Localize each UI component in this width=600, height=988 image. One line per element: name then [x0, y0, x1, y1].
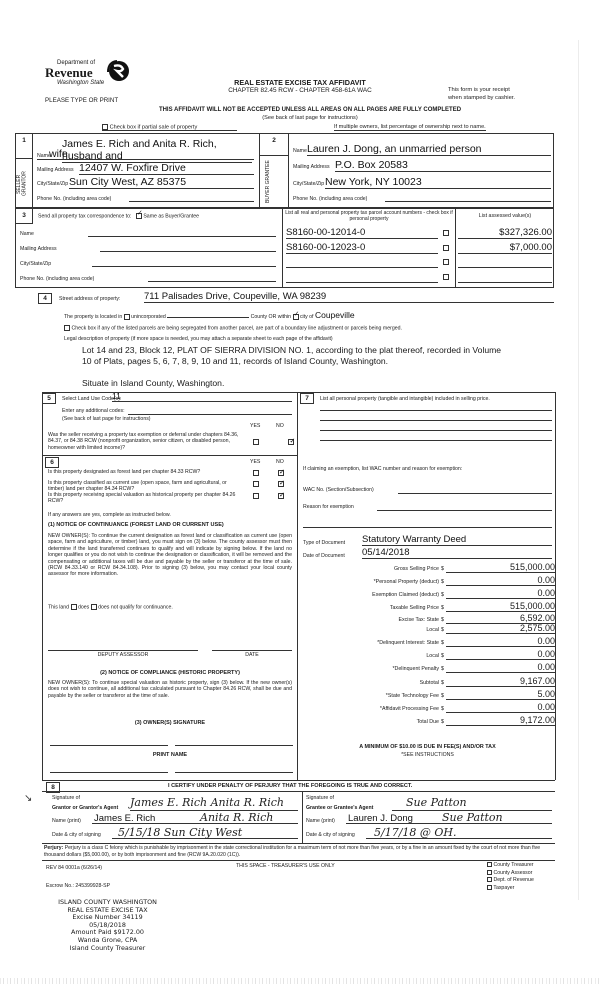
grantee-date-value[interactable]: 5/17/18 @ OH. [366, 826, 552, 839]
logo-state: Washington State [57, 80, 104, 86]
buyer-phone-label: Phone No. (including area code) [293, 196, 367, 202]
send-correspondence-row: Send all property tax correspondence to:… [38, 213, 199, 220]
grantee-sig-label2: Grantee or Grantee's Agent [306, 805, 373, 811]
fee-value[interactable]: 9,167.00 [446, 676, 555, 687]
assessed-value[interactable]: $327,326.00 [458, 227, 552, 239]
logo-revenue: Revenue [45, 66, 93, 79]
personal-property-checkbox[interactable] [443, 274, 449, 280]
fee-row: *State Technology Fee$5.00 [330, 690, 555, 701]
copy-label: County Assessor [493, 870, 532, 876]
parcel-row: S8160-00-12023-0$7,000.00 [286, 242, 552, 255]
assessed-value[interactable] [458, 256, 552, 268]
parcel-row: S8160-00-12014-0$327,326.00 [286, 227, 552, 240]
question-text: Is this property classified as current u… [48, 480, 244, 493]
wac-input[interactable] [398, 493, 552, 494]
column-divider [297, 392, 298, 780]
fee-row: Exemption Claimed (deduct)$0.00 [330, 589, 555, 600]
certify-statement: I CERTIFY UNDER PENALTY OF PERJURY THAT … [168, 783, 412, 789]
question-no-checkbox[interactable] [278, 493, 284, 499]
section-1-number: 1 [15, 137, 33, 144]
partial-sale-label: Check box if partial sale of property [110, 124, 198, 130]
copy-option[interactable]: Dept. of Revenue [487, 877, 577, 885]
question-yes-checkbox[interactable] [253, 470, 259, 476]
corr-city-input[interactable] [92, 266, 276, 267]
dollar-sign: $ [441, 627, 444, 633]
grantee-name-field[interactable]: Lauren J. Dong Sue Patton [346, 813, 552, 824]
fee-value[interactable]: 2,575.00 [446, 623, 555, 634]
personal-property-label: List all personal property (tangible and… [320, 396, 490, 402]
corr-name-label: Name [20, 231, 34, 237]
dollar-sign: $ [441, 605, 444, 611]
additional-codes-input[interactable] [128, 414, 292, 415]
fee-label: *State Technology Fee [386, 693, 439, 699]
fee-value[interactable]: 515,000.00 [446, 601, 555, 612]
fee-label: Local [426, 627, 439, 633]
s5-no-header: NO [276, 423, 284, 429]
section-6-number: 6 [45, 457, 59, 468]
parcel-row [286, 256, 552, 269]
question-text: Is this property receiving special valua… [48, 492, 244, 505]
does-not-qualify-checkbox[interactable] [91, 604, 97, 610]
seller-mailing-field[interactable]: Mailing Address 12407 W. Foxfire Drive [37, 164, 254, 174]
personal-property-line-4[interactable] [320, 440, 552, 441]
dollar-sign: $ [441, 640, 444, 646]
partial-sale-checkbox[interactable] [102, 124, 108, 130]
segregated-label: Check box if any of the listed parcels a… [71, 325, 401, 331]
unincorporated-label: unincorporated [131, 314, 166, 320]
dollar-sign: $ [441, 719, 444, 725]
fee-row: Total Due$9,172.00 [330, 716, 555, 727]
dor-logo: Department of Revenue Washington State [45, 60, 140, 100]
grantor-date-value[interactable]: 5/15/18 Sun City West [112, 826, 298, 839]
grantor-signature[interactable]: James E. Rich Anita R. Rich [130, 796, 298, 811]
section-7-number: 7 [300, 393, 314, 404]
fee-value[interactable]: 0.00 [446, 649, 555, 660]
buyer-mailing-label: Mailing Address [293, 164, 330, 170]
buyer-name-value: Lauren J. Dong, an unmarried person [307, 143, 551, 156]
copy-option[interactable]: County Treasurer [487, 862, 577, 870]
grantee-name-handwritten: Sue Patton [442, 811, 503, 824]
corr-phone-label: Phone No. (including area code) [20, 276, 94, 282]
dollar-sign: $ [441, 680, 444, 686]
perjury-label: Perjury: [44, 845, 63, 851]
personal-property-line-1[interactable] [320, 410, 552, 411]
buyer-mailing-field[interactable]: Mailing Address P.O. Box 20583 [293, 161, 551, 171]
section-5-number: 5 [42, 393, 56, 404]
land-use-value[interactable]: 11 [112, 391, 292, 402]
does-qualify-checkbox[interactable] [71, 604, 77, 610]
copy-option[interactable]: Taxpayer [487, 885, 577, 893]
footer-rule [42, 860, 555, 861]
seller-city-label: City/State/Zip [37, 181, 68, 187]
minimum-fee-note: A MINIMUM OF $10.00 IS DUE IN FEE(S) AND… [300, 744, 555, 750]
if-yes-note: If any answers are yes, complete as inst… [48, 512, 171, 518]
owner-sig-line-2[interactable] [175, 745, 293, 746]
fee-value[interactable]: 9,172.00 [446, 715, 555, 726]
section-2-number: 2 [259, 137, 289, 144]
escrow-value: 245399928-SP [75, 883, 110, 889]
corr-phone-input[interactable] [148, 281, 276, 282]
send-correspondence-label: Send all property tax correspondence to: [38, 213, 131, 219]
doc-date-label: Date of Document [303, 553, 345, 559]
copy-option[interactable]: County Assessor [487, 870, 577, 878]
fee-value[interactable]: 0.00 [446, 588, 555, 599]
copy-label: Taxpayer [493, 885, 514, 891]
s5-yes-header: YES [250, 423, 260, 429]
question-yes-checkbox[interactable] [253, 481, 259, 487]
section-6-top-rule [42, 455, 297, 456]
print-name-label: PRINT NAME [48, 752, 292, 758]
section-8-divider [302, 791, 303, 843]
unincorporated-checkbox[interactable] [124, 314, 130, 320]
reason-label: Reason for exemption [303, 504, 354, 510]
grantor-name-field[interactable]: James E. Rich Anita R. Rich [92, 813, 298, 824]
fee-row: Local$0.00 [330, 650, 555, 661]
right-border [555, 392, 556, 780]
escrow-row: Escrow No.: 245399928-SP [46, 883, 110, 889]
fee-label: *Delinquent Penalty [392, 666, 439, 672]
partial-sale-checkbox-row[interactable]: Check box if partial sale of property [102, 124, 237, 131]
section-2-num-divider [259, 155, 289, 156]
qualify-prefix: This land [48, 604, 69, 610]
dollar-sign: $ [441, 566, 444, 572]
corr-name-input[interactable] [88, 236, 276, 237]
grantor-sig-label2: Grantor or Grantor's Agent [52, 805, 118, 811]
copy-distribution-list: County Treasurer County Assessor Dept. o… [487, 862, 577, 892]
scan-artifact [578, 40, 581, 900]
located-label: The property is located in [64, 314, 122, 320]
copy-checkbox[interactable] [487, 870, 492, 875]
grantee-name-label: Name (print) [306, 818, 335, 824]
section-1-num-divider [15, 158, 33, 159]
city-value: Coupeville [315, 310, 355, 320]
seller-mailing-label: Mailing Address [37, 167, 74, 173]
dollar-sign: $ [441, 579, 444, 585]
fee-row: Taxable Selling Price$515,000.00 [330, 602, 555, 613]
fee-label: *Personal Property (deduct) [374, 579, 439, 585]
wac-label: WAC No. (Section/Subsection) [303, 487, 374, 493]
dollar-sign: $ [441, 653, 444, 659]
scan-artifact [0, 978, 600, 984]
assessor-date-line[interactable] [212, 650, 292, 651]
fee-row: *Delinquent Penalty$0.00 [330, 663, 555, 674]
same-as-buyer-label: Same as Buyer/Grantee [143, 213, 199, 219]
seller-phone-label: Phone No. (including area code) [37, 196, 111, 202]
owner-sig-title: (3) OWNER(S) SIGNATURE [48, 720, 292, 726]
print-name-line-2[interactable] [175, 772, 293, 773]
fee-row: Local$2,575.00 [330, 624, 555, 635]
seller-grantor-label: SELLER GRANTOR [17, 162, 31, 206]
section-8-sub-rule [42, 791, 555, 792]
fee-row: *Personal Property (deduct)$0.00 [330, 576, 555, 587]
dollar-sign: $ [441, 592, 444, 598]
fee-label: Subtotal [420, 680, 439, 686]
county-input[interactable] [167, 317, 249, 318]
notice2-title: (2) NOTICE OF COMPLIANCE (HISTORIC PROPE… [48, 670, 292, 676]
buyer-city-value: New York, NY 10023 [325, 176, 551, 189]
seller-name-line2: wife [49, 148, 68, 160]
additional-codes-label: Enter any additional codes: [62, 408, 125, 414]
grantor-name-value: James E. Rich [94, 813, 155, 824]
grantor-name-label: Name (print) [52, 818, 81, 824]
reason-input-2[interactable] [303, 527, 552, 528]
personal-property-line-3[interactable] [320, 430, 552, 431]
section-8-top-rule [42, 780, 555, 781]
fee-value[interactable]: 5.00 [446, 689, 555, 700]
section-3-number: 3 [15, 212, 33, 219]
print-name-line-1[interactable] [50, 772, 168, 773]
personal-property-line-2[interactable] [320, 420, 552, 421]
does-label: does [78, 604, 89, 610]
deputy-assessor-line[interactable] [48, 650, 198, 651]
same-as-buyer-checkbox[interactable] [136, 213, 142, 219]
deputy-assessor-label: DEPUTY ASSESSOR [48, 652, 198, 658]
treasurer-stamp: ISLAND COUNTY WASHINGTONREAL ESTATE EXCI… [30, 899, 185, 952]
fee-value[interactable]: 0.00 [446, 575, 555, 586]
grantor-date-label: Date & city of signing [52, 832, 101, 838]
fee-row: *Affidavit Processing Fee$0.00 [330, 703, 555, 714]
seller-mailing-value: 12407 W. Foxfire Drive [79, 162, 254, 175]
property-location-row: The property is located in unincorporate… [64, 312, 355, 320]
grantee-signature[interactable]: Sue Patton [392, 796, 552, 811]
designation-question: Is this property classified as current u… [48, 480, 293, 493]
city-checkbox[interactable] [293, 314, 299, 320]
treasurer-use-label: THIS SPACE - TREASURER'S USE ONLY [236, 863, 335, 869]
reason-input[interactable] [377, 510, 552, 511]
does-not-label: does not qualify for continuance. [98, 604, 173, 610]
designation-question: Is this property designated as forest la… [48, 469, 293, 475]
doc-type-label: Type of Document [303, 540, 345, 546]
dollar-sign: $ [441, 693, 444, 699]
seller-name-field[interactable]: Name wife [37, 150, 254, 160]
seller-phone-field[interactable]: Phone No. (including area code) [37, 194, 254, 204]
value-header: List assessed value(s) [458, 213, 552, 219]
fee-value[interactable]: 0.00 [446, 636, 555, 647]
question-no-checkbox[interactable] [278, 470, 284, 476]
grantor-name-handwritten: Anita R. Rich [200, 811, 273, 824]
fee-label: *Affidavit Processing Fee [380, 706, 439, 712]
fee-label: Taxable Selling Price [390, 605, 439, 611]
legal-line3: Situate in Island County, Washington. [82, 378, 562, 389]
city-of-label: city of [300, 314, 314, 320]
grantee-name-value: Lauren J. Dong [348, 813, 413, 824]
seller-city-value: Sun City West, AZ 85375 [69, 176, 254, 189]
fee-label: Local [426, 653, 439, 659]
fee-row: Gross Selling Price$515,000.00 [330, 563, 555, 574]
additional-codes-note: (See back of last page for instructions) [62, 416, 151, 422]
question-yes-checkbox[interactable] [253, 493, 259, 499]
corr-mailing-input[interactable] [100, 251, 276, 252]
fee-value[interactable]: 0.00 [446, 662, 555, 673]
parcel-number[interactable] [286, 256, 438, 268]
copy-checkbox[interactable] [487, 877, 492, 882]
buyer-city-label: City/State/Zip [293, 181, 324, 187]
buyer-city-field[interactable]: City/State/Zip New York, NY 10023 [293, 178, 551, 188]
exemption-no-checkbox[interactable] [288, 439, 294, 445]
left-border [42, 392, 43, 780]
street-address-label: Street address of property: [59, 296, 120, 302]
multiple-owners-note: If multiple owners, list percentage of o… [334, 124, 486, 131]
perjury-notice: Perjury: Perjury is a class C felony whi… [44, 845, 554, 858]
buyer-name-label: Name [293, 148, 307, 154]
exemption-question: Was the seller receiving a property tax … [48, 432, 246, 451]
parcel-row [286, 271, 552, 284]
personal-property-checkbox[interactable] [443, 245, 449, 251]
form-title: REAL ESTATE EXCISE TAX AFFIDAVIT [180, 78, 420, 87]
buyer-name-field[interactable]: Name Lauren J. Dong, an unmarried person [293, 145, 551, 155]
notice2-text: NEW OWNER(S): To continue special valuat… [48, 680, 292, 699]
dollar-sign: $ [441, 706, 444, 712]
owner-sig-line-1[interactable] [50, 745, 168, 746]
seller-city-field[interactable]: City/State/Zip Sun City West, AZ 85375 [37, 178, 254, 188]
buyer-phone-value [385, 194, 551, 202]
arrow-mark-icon: ↘ [24, 793, 32, 804]
completion-warning: THIS AFFIDAVIT WILL NOT BE ACCEPTED UNLE… [80, 107, 540, 113]
copy-label: County Treasurer [493, 862, 533, 868]
escrow-label: Escrow No.: [46, 883, 74, 889]
s6-no-header: NO [276, 459, 284, 465]
legal-line2: 10 of Plats, pages 5, 6, 7, 8, 9, 10 and… [82, 356, 562, 367]
buyer-grantee-label: BUYER GRANTEE [266, 160, 282, 204]
corr-mailing-label: Mailing Address [20, 246, 57, 252]
exemption-yes-checkbox[interactable] [253, 439, 259, 445]
copy-checkbox[interactable] [487, 862, 492, 867]
grantee-sig-label1: Signature of [306, 795, 334, 801]
please-type-note: PLEASE TYPE OR PRINT [45, 97, 118, 104]
legal-description-label: Legal description of property (if more s… [64, 336, 333, 342]
dollar-sign: $ [441, 666, 444, 672]
qualify-row: This land does does not qualify for cont… [48, 604, 173, 611]
see-instructions-note: *SEE INSTRUCTIONS [300, 752, 555, 758]
fee-value[interactable]: 0.00 [446, 702, 555, 713]
notice1-title: (1) NOTICE OF CONTINUANCE (FOREST LAND O… [48, 522, 224, 528]
perjury-text: Perjury is a class C felony which is pun… [44, 845, 540, 858]
doc-date-value[interactable]: 05/14/2018 [362, 547, 552, 559]
section-4-number: 4 [38, 293, 52, 304]
grantor-sig-label1: Signature of [52, 795, 80, 801]
copy-checkbox[interactable] [487, 885, 492, 890]
parcel-number[interactable]: S8160-00-12014-0 [286, 227, 438, 239]
notice1-text: NEW OWNER(S): To continue the current de… [48, 533, 292, 578]
fee-label: Gross Selling Price [394, 566, 439, 572]
segregated-row: Check box if any of the listed parcels a… [64, 325, 402, 332]
parcel-header: List all real and personal property tax … [285, 210, 453, 222]
form-revision: REV 84 0001a (6/26/14) [46, 865, 102, 871]
seller-phone-value [129, 194, 254, 202]
form-subtitle: CHAPTER 82.45 RCW - CHAPTER 458-61A WAC [180, 87, 420, 94]
fee-label: Exemption Claimed (deduct) [372, 592, 439, 598]
s6-yes-header: YES [250, 459, 260, 465]
segregated-checkbox[interactable] [64, 325, 70, 331]
fee-label: Total Due [417, 719, 439, 725]
grantee-date-label: Date & city of signing [306, 832, 355, 838]
buyer-phone-field[interactable]: Phone No. (including area code) [293, 194, 551, 204]
designation-question: Is this property receiving special valua… [48, 492, 293, 505]
fee-value[interactable]: 515,000.00 [446, 562, 555, 573]
fee-row: *Delinquent Interest: State$0.00 [330, 637, 555, 648]
fee-row: Subtotal$9,167.00 [330, 677, 555, 688]
copy-label: Dept. of Revenue [493, 877, 533, 883]
receipt-note-1: This form is your receipt [448, 87, 510, 93]
personal-property-checkbox[interactable] [443, 230, 449, 236]
dollar-sign: $ [441, 617, 444, 623]
dor-swirl-logo-icon [105, 58, 131, 84]
legal-description-text[interactable]: Lot 14 and 23, Block 12, PLAT OF SIERRA … [82, 345, 562, 389]
perjury-top-rule [42, 843, 555, 844]
county-or-city-label: County OR within [251, 314, 291, 320]
buyer-mailing-value: P.O. Box 20583 [335, 159, 551, 172]
doc-type-value[interactable]: Statutory Warranty Deed [362, 534, 552, 546]
street-address-value[interactable]: 711 Palisades Drive, Coupeville, WA 9823… [144, 291, 554, 303]
assessed-value[interactable] [458, 271, 552, 283]
stamp-line: Island County Treasurer [30, 945, 185, 953]
exemption-claim-label: If claiming an exemption, list WAC numbe… [303, 466, 462, 472]
fee-label: Excise Tax: State [398, 617, 439, 623]
receipt-note-2: when stamped by cashier. [448, 95, 515, 101]
parcel-number[interactable] [286, 271, 438, 283]
assessor-date-label: DATE [212, 652, 292, 658]
question-no-checkbox[interactable] [278, 481, 284, 487]
corr-city-label: City/State/Zip [20, 261, 51, 267]
instructions-note: (See back of last page for instructions) [80, 115, 540, 121]
fee-label: *Delinquent Interest: State [377, 640, 439, 646]
parcel-number[interactable]: S8160-00-12023-0 [286, 242, 438, 254]
question-text: Is this property designated as forest la… [48, 469, 244, 475]
legal-line1: Lot 14 and 23, Block 12, PLAT OF SIERRA … [82, 345, 562, 356]
assessed-value[interactable]: $7,000.00 [458, 242, 552, 254]
personal-property-checkbox[interactable] [443, 259, 449, 265]
